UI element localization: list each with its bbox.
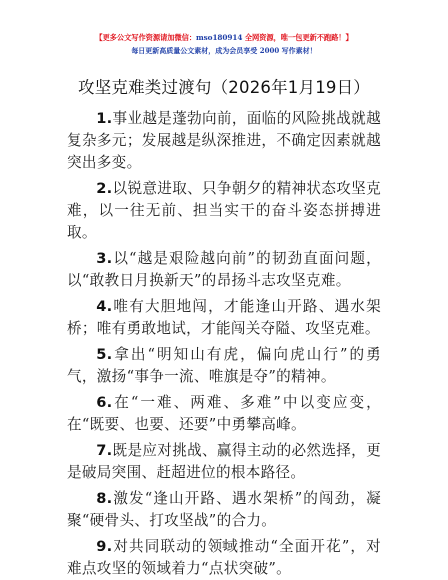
promo-line-1: 【更多公文写作资源请加微信：mso180914 全网资源，唯一包更新不跑路！】: [0, 31, 448, 44]
paragraph-1: 1.事业越是蓬勃向前，面临的风险挑战就越复杂多元；发展越是纵深推进，不确定因素就…: [67, 108, 381, 174]
paragraph-4: 4.唯有大胆地闯，才能逢山开路、遇水架桥；唯有勇敢地试，才能闯关夺隘、攻坚克难。: [67, 296, 381, 340]
promo-wechat-id: mso180914: [196, 33, 242, 42]
paragraph-text: 拿出“明知山有虎，偏向虎山行”的勇气，激扬“事争一流、唯旗是夺”的精神。: [67, 346, 381, 385]
promo-prefix: 【更多公文写作资源请加微信：: [95, 33, 196, 42]
document-body: 1.事业越是蓬勃向前，面临的风险挑战就越复杂多元；发展越是纵深推进，不确定因素就…: [67, 108, 381, 580]
paragraph-text: 既是应对挑战、赢得主动的必然选择，更是破局突围、赶超进位的根本路径。: [67, 442, 381, 481]
paragraph-2: 2.以锐意进取、只争朝夕的精神状态攻坚克难，以一往无前、担当实干的奋斗姿态拼搏进…: [67, 178, 381, 244]
paragraph-8: 8.激发“逢山开路、遇水架桥”的闯劲，凝聚“硬骨头、打攻坚战”的合力。: [67, 488, 381, 532]
paragraph-3: 3.以“越是艰险越向前”的韧劲直面问题，以“敢教日月换新天”的昂扬斗志攻坚克难。: [67, 248, 381, 292]
paragraph-text: 在“一难、两难、多难”中以变应变，在“既要、也要、还要”中勇攀高峰。: [67, 394, 381, 433]
document-page: 【更多公文写作资源请加微信：mso180914 全网资源，唯一包更新不跑路！】 …: [0, 0, 448, 580]
promo-suffix: 全网资源，唯一包更新不跑路！】: [242, 33, 352, 42]
paragraph-5: 5.拿出“明知山有虎，偏向虎山行”的勇气，激扬“事争一流、唯旗是夺”的精神。: [67, 344, 381, 388]
promo-header: 【更多公文写作资源请加微信：mso180914 全网资源，唯一包更新不跑路！】 …: [0, 31, 448, 57]
paragraph-text: 唯有大胆地闯，才能逢山开路、遇水架桥；唯有勇敢地试，才能闯关夺隘、攻坚克难。: [67, 298, 381, 337]
paragraph-text: 以“越是艰险越向前”的韧劲直面问题，以“敢教日月换新天”的昂扬斗志攻坚克难。: [67, 250, 381, 289]
paragraph-6: 6.在“一难、两难、多难”中以变应变，在“既要、也要、还要”中勇攀高峰。: [67, 392, 381, 436]
paragraph-number: 6.: [96, 394, 112, 411]
paragraph-number: 2.: [96, 180, 112, 197]
paragraph-number: 1.: [96, 110, 112, 127]
paragraph-text: 以锐意进取、只争朝夕的精神状态攻坚克难，以一往无前、担当实干的奋斗姿态拼搏进取。: [67, 180, 381, 241]
paragraph-number: 8.: [96, 490, 112, 507]
paragraph-number: 3.: [96, 250, 112, 267]
page-number: 1: [0, 541, 448, 551]
paragraph-number: 7.: [96, 442, 112, 459]
paragraph-text: 激发“逢山开路、遇水架桥”的闯劲，凝聚“硬骨头、打攻坚战”的合力。: [67, 490, 381, 529]
paragraph-text: 事业越是蓬勃向前，面临的风险挑战就越复杂多元；发展越是纵深推进，不确定因素就越突…: [67, 110, 381, 171]
paragraph-7: 7.既是应对挑战、赢得主动的必然选择，更是破局突围、赶超进位的根本路径。: [67, 440, 381, 484]
paragraph-number: 5.: [96, 346, 112, 363]
paragraph-number: 4.: [96, 298, 112, 315]
promo-line-2: 每日更新高质量公文素材，成为会员享受 2000 写作素材！: [0, 44, 448, 57]
document-title: 攻坚克难类过渡句（2026年1月19日）: [0, 74, 448, 98]
